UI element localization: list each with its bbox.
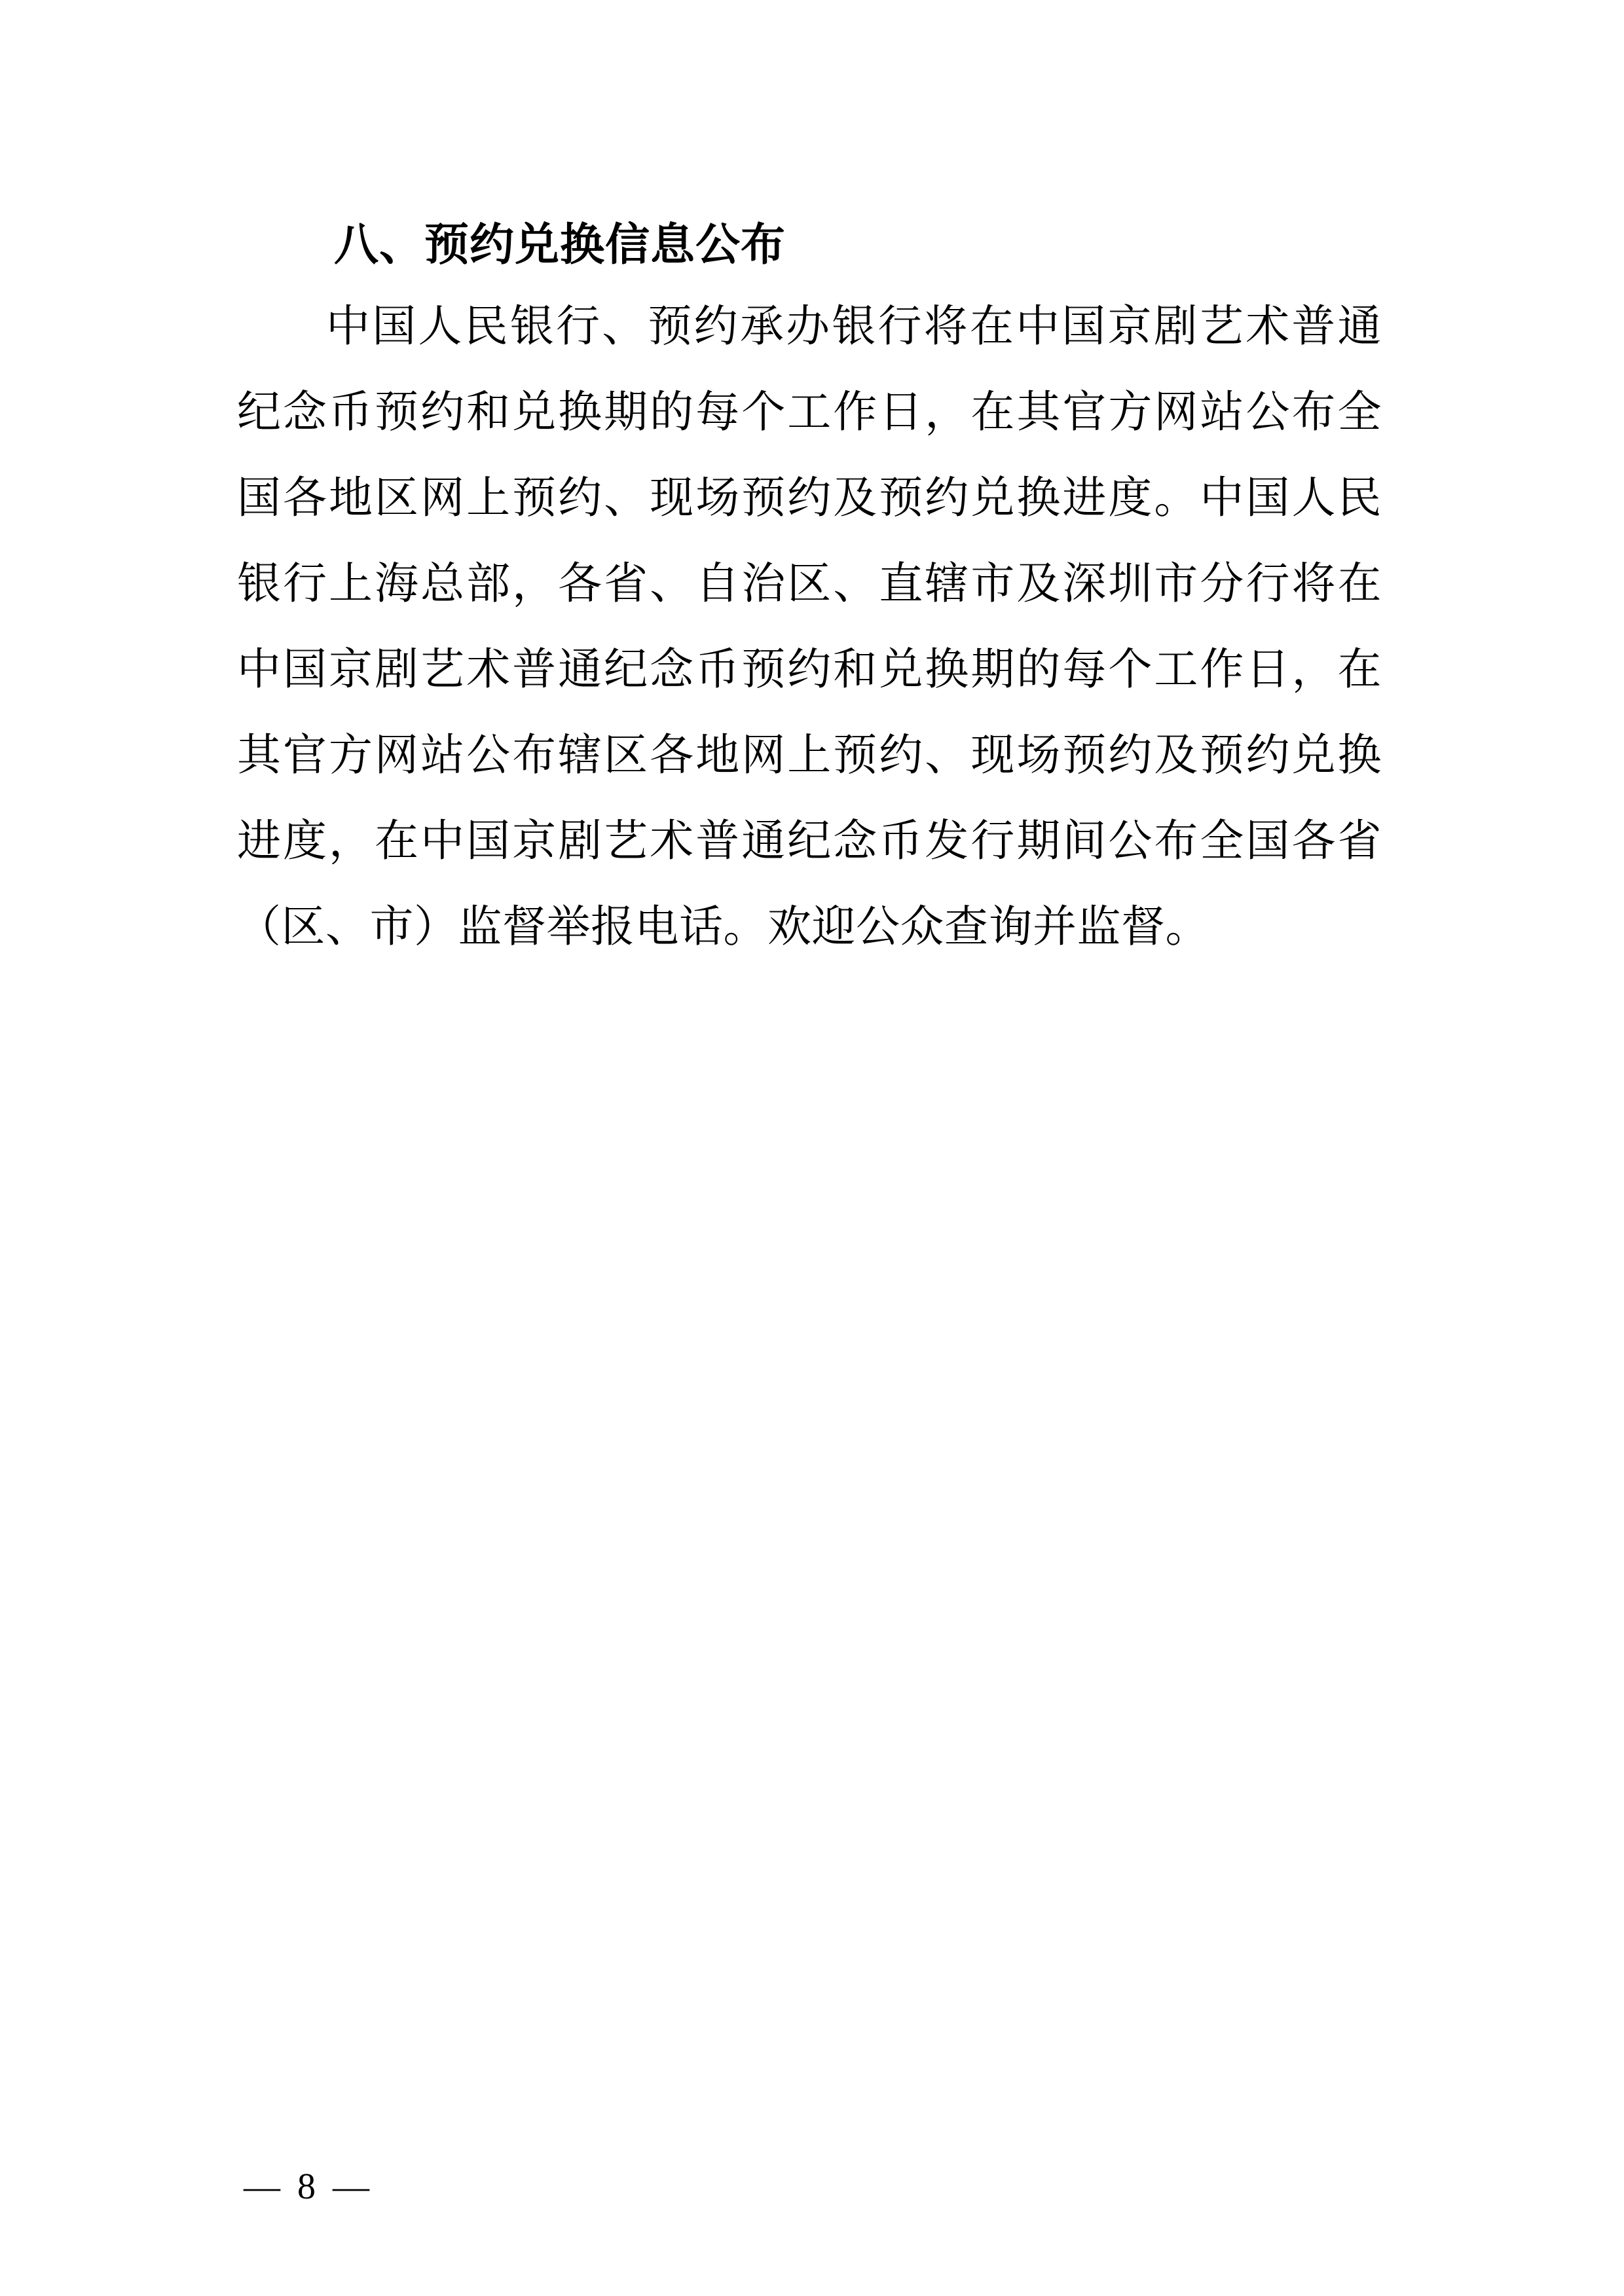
section-heading: 八、预约兑换信息公布	[334, 217, 786, 273]
document-page: 八、预约兑换信息公布 中国人民银行、预约承办银行将在中国京剧艺术普通纪念币预约和…	[0, 0, 1624, 2296]
body-paragraph: 中国人民银行、预约承办银行将在中国京剧艺术普通纪念币预约和兑换期的每个工作日，在…	[237, 284, 1382, 970]
page-number: — 8 —	[244, 2166, 373, 2208]
